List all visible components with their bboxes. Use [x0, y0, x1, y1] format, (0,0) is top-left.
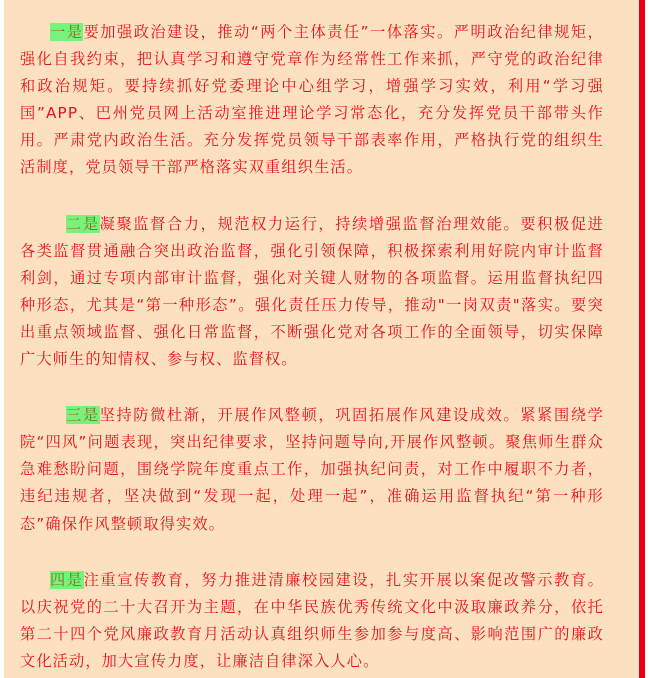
paragraph-text: 凝聚监督合力，规范权力运行，持续增强监督治理效能。要积极促进各类监督贯通融合突出… [20, 215, 604, 368]
paragraph-4: 四是注重宣传教育，努力推进清廉校园建设，扎实开展以案促改警示教育。以庆祝党的二十… [20, 567, 604, 675]
right-border-bar [639, 0, 645, 678]
paragraph-lead-highlight: 二是 [66, 215, 100, 233]
paragraph-text: 要加强政治建设，推动“两个主体责任”一体落实。严明政治纪律规矩，强化自我约束，把… [20, 23, 604, 176]
paragraph-lead-highlight: 三是 [66, 406, 100, 424]
paragraph-text: 注重宣传教育，努力推进清廉校园建设，扎实开展以案促改警示教育。以庆祝党的二十大召… [20, 571, 604, 670]
paragraph-1: 一是要加强政治建设，推动“两个主体责任”一体落实。严明政治纪律规矩，强化自我约束… [20, 19, 604, 182]
paragraph-3: 三是坚持防微杜渐，开展作风整顿，巩固拓展作风建设成效。紧紧围绕学院“四风”问题表… [20, 402, 604, 537]
document-body: 一是要加强政治建设，推动“两个主体责任”一体落实。严明政治纪律规矩，强化自我约束… [20, 19, 604, 675]
paragraph-lead-highlight: 一是 [50, 23, 83, 41]
paragraph-lead-highlight: 四是 [50, 571, 84, 589]
paragraph-2: 二是凝聚监督合力，规范权力运行，持续增强监督治理效能。要积极促进各类监督贯通融合… [20, 211, 604, 374]
paragraph-text: 坚持防微杜渐，开展作风整顿，巩固拓展作风建设成效。紧紧围绕学院“四风”问题表现，… [20, 406, 604, 532]
document-page: 一是要加强政治建设，推动“两个主体责任”一体落实。严明政治纪律规矩，强化自我约束… [4, 0, 639, 678]
